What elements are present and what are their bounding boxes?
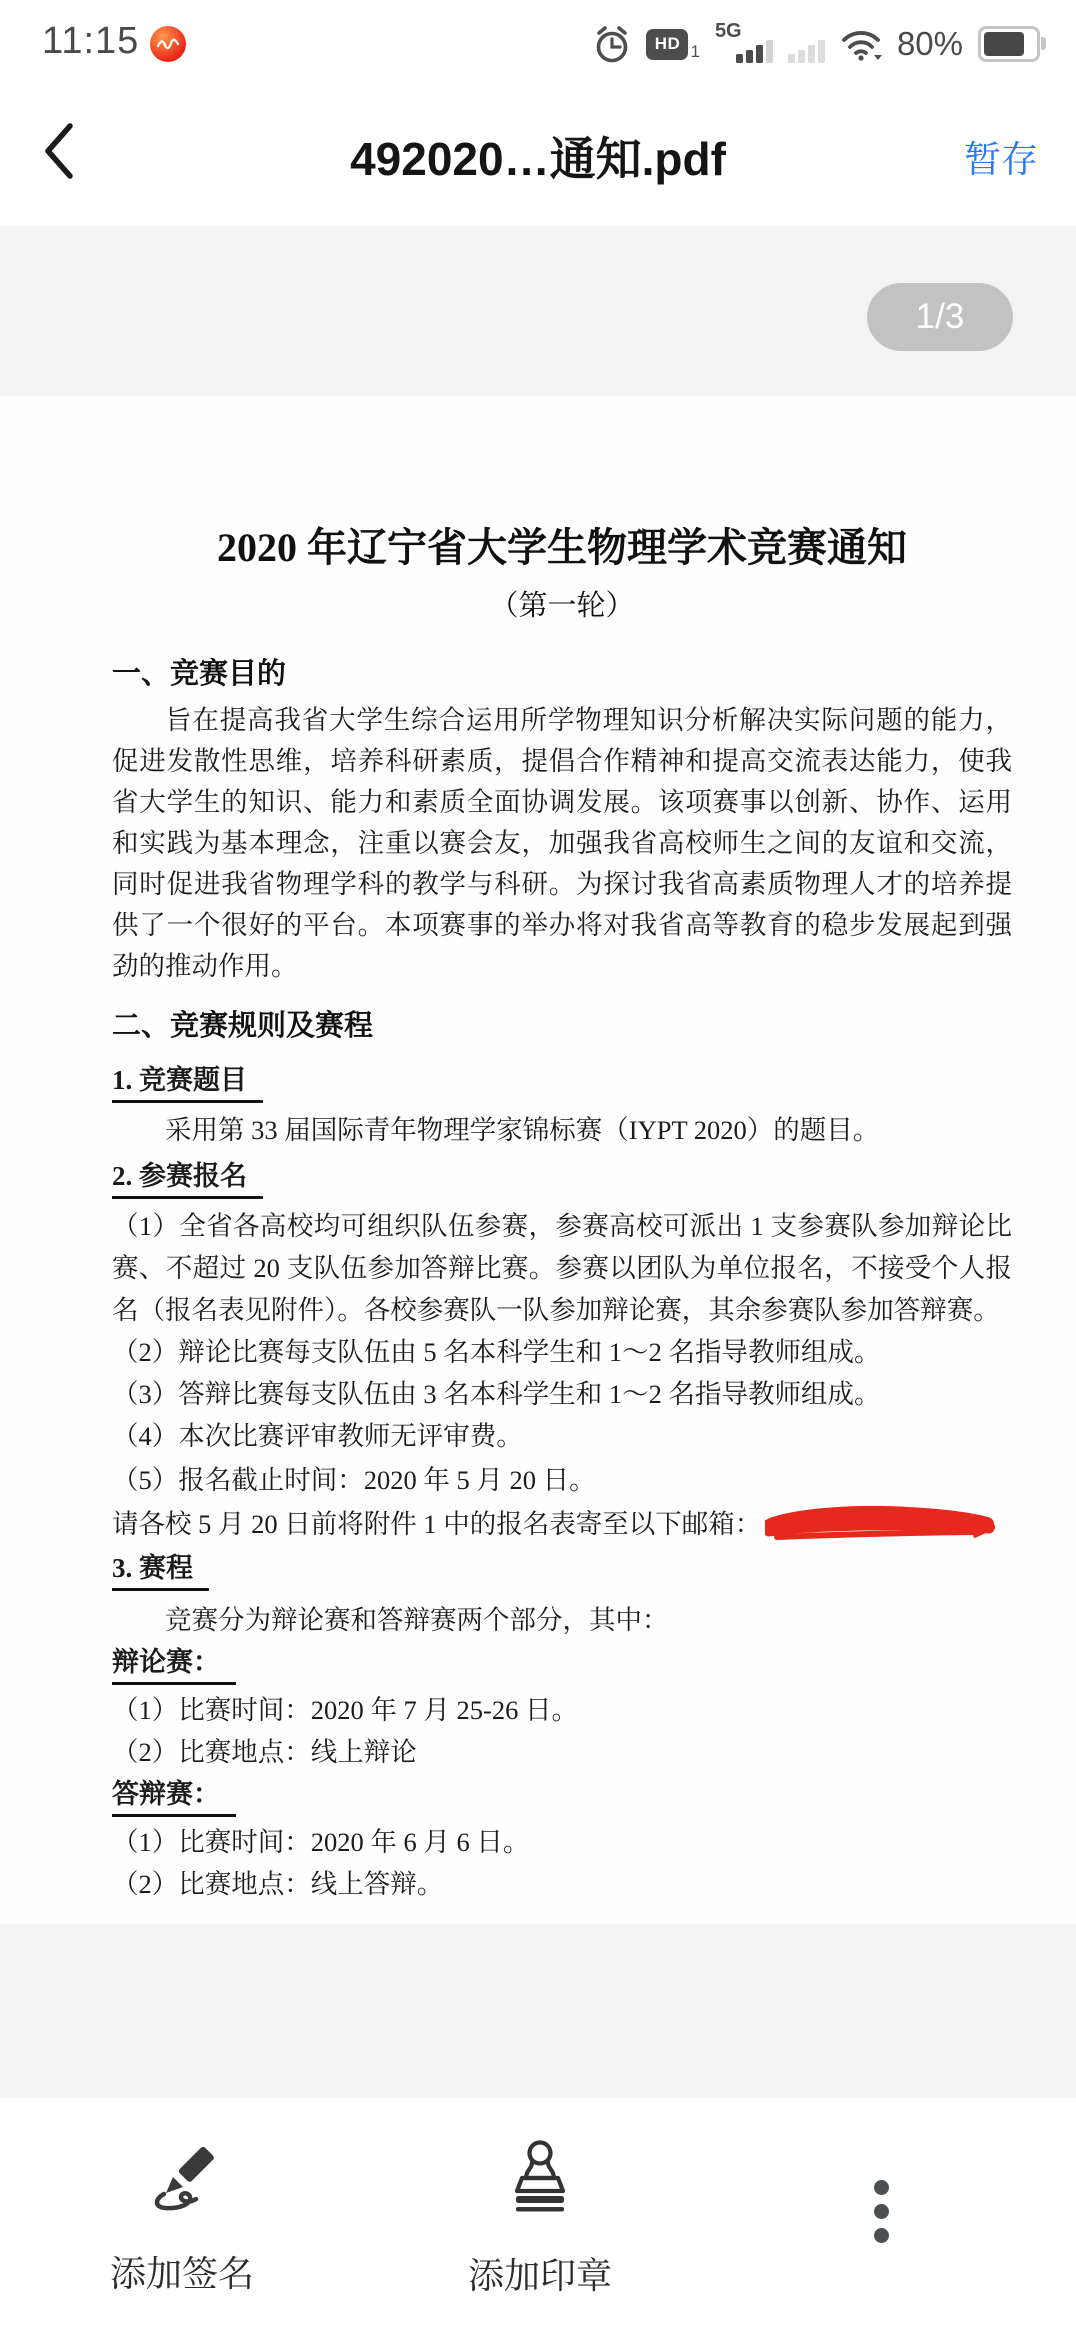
document-subtitle: （第一轮） xyxy=(112,586,1012,626)
page-indicator-badge: 1/3 xyxy=(867,283,1013,351)
defense-item: （1）比赛时间：2020 年 6 月 6 日。 xyxy=(112,1821,1012,1863)
kebab-dot xyxy=(874,2204,889,2219)
kebab-dot xyxy=(874,2228,889,2243)
hd-volte-icon: HD 1 xyxy=(646,29,699,60)
phone-screen: 11:15 HD 1 5G xyxy=(0,0,1076,2336)
battery-percent: 80% xyxy=(897,25,963,63)
add-signature-label: 添加签名 xyxy=(110,2246,254,2297)
sub1-heading: 1. 竞赛题目 xyxy=(112,1063,1012,1103)
sub2-item: （3）答辩比赛每支队伍由 3 名本科学生和 1～2 名指导教师组成。 xyxy=(112,1373,1012,1415)
alarm-icon xyxy=(593,24,631,64)
redaction-scribble-icon xyxy=(765,1503,995,1547)
viewer-gutter-bottom xyxy=(0,1924,1076,2098)
status-icons: HD 1 5G xyxy=(593,22,1040,66)
defense-heading: 答辩赛： xyxy=(112,1777,1012,1817)
add-stamp-button[interactable]: 添加印章 xyxy=(450,2138,630,2299)
signature-pen-icon xyxy=(148,2144,216,2212)
cell-signal-sim1-icon: 5G xyxy=(715,23,773,65)
mail-line: 请各校 5 月 20 日前将附件 1 中的报名表寄至以下邮箱： xyxy=(112,1501,1012,1547)
status-bar: 11:15 HD 1 5G xyxy=(0,0,1076,86)
add-stamp-label: 添加印章 xyxy=(468,2248,612,2299)
file-title: 492020…通知.pdf xyxy=(0,86,1076,226)
cell-signal-sim2-icon xyxy=(788,23,825,65)
save-draft-button[interactable]: 暂存 xyxy=(964,86,1038,226)
document-title: 2020 年辽宁省大学生物理学术竞赛通知 xyxy=(112,524,1012,572)
section2-heading: 二、竞赛规则及赛程 xyxy=(112,1007,1012,1045)
sub3-heading: 3. 赛程 xyxy=(112,1551,1012,1591)
clock-time: 11:15 xyxy=(42,20,139,63)
more-menu-button[interactable] xyxy=(874,2180,889,2243)
pdf-page[interactable]: 2020 年辽宁省大学生物理学术竞赛通知 （第一轮） 一、竞赛目的 旨在提高我省… xyxy=(0,396,1076,1924)
sub2-item: （1）全省各高校均可组织队伍参赛，参赛高校可派出 1 支参赛队参加辩论比赛、不超… xyxy=(112,1205,1012,1331)
wifi-icon xyxy=(840,27,882,61)
sub2-heading: 2. 参赛报名 xyxy=(112,1159,1012,1199)
kebab-dot xyxy=(874,2180,889,2195)
notification-badge-icon xyxy=(150,26,186,62)
sub2-item: （5）报名截止时间：2020 年 5 月 20 日。 xyxy=(112,1459,1012,1501)
nav-bar: 492020…通知.pdf 暂存 xyxy=(0,86,1076,226)
section1-paragraph: 旨在提高我省大学生综合运用所学物理知识分析解决实际问题的能力，促进发散性思维，培… xyxy=(112,700,1012,987)
debate-item: （1）比赛时间：2020 年 7 月 25-26 日。 xyxy=(112,1689,1012,1731)
sub2-item: （2）辩论比赛每支队伍由 5 名本科学生和 1～2 名指导教师组成。 xyxy=(112,1331,1012,1373)
section1-heading: 一、竞赛目的 xyxy=(112,656,1012,692)
defense-item: （2）比赛地点：线上答辩。 xyxy=(112,1863,1012,1905)
sub2-item: （4）本次比赛评审教师无评审费。 xyxy=(112,1415,1012,1457)
debate-heading: 辩论赛： xyxy=(112,1645,1012,1685)
add-signature-button[interactable]: 添加签名 xyxy=(92,2144,272,2297)
debate-item: （2）比赛地点：线上辩论 xyxy=(112,1731,1012,1773)
rubber-stamp-icon xyxy=(503,2138,577,2214)
sub1-text: 采用第 33 届国际青年物理学家锦标赛（IYPT 2020）的题目。 xyxy=(112,1109,1012,1151)
sub3-intro: 竞赛分为辩论赛和答辩赛两个部分，其中： xyxy=(112,1599,1012,1641)
bottom-toolbar: 添加签名 添加印章 xyxy=(0,2098,1076,2336)
battery-icon xyxy=(978,26,1040,62)
